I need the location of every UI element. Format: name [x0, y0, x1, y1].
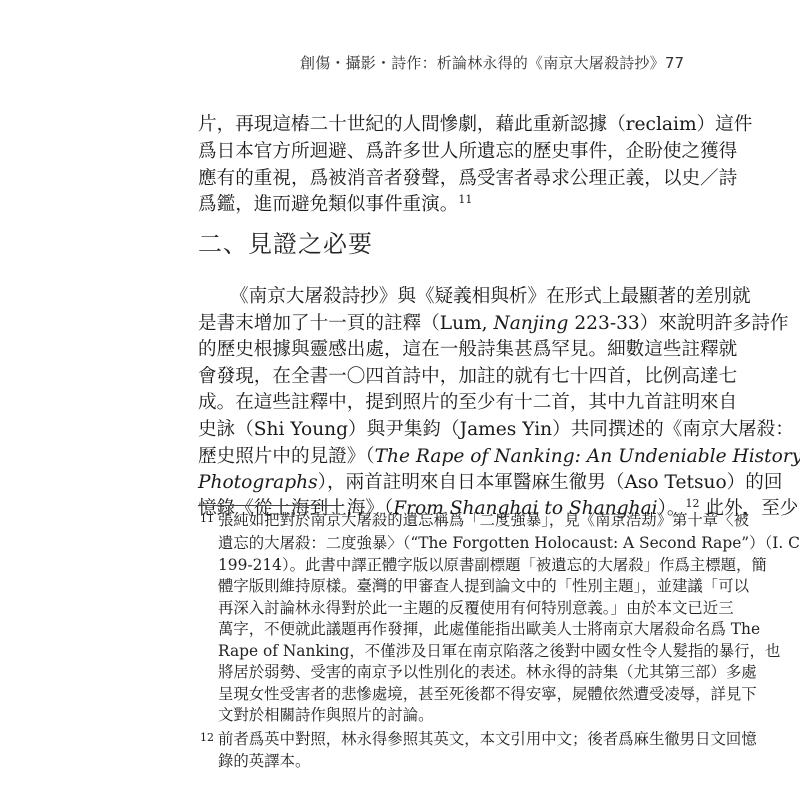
footnote-line: 199-214）。此書中譯正體字版以原書副標題「被遺忘的大屠殺」作爲主標題，簡	[218, 555, 617, 576]
body-line: 《南京大屠殺詩抄》與《疑義相與析》在形式上最顯著的差別就	[230, 284, 618, 310]
footnote-line: 再深入討論林永得對於此一主題的反覆使用有何特別意義。」由於本文已近三	[218, 598, 617, 619]
body-line: 爲鑑，進而避免類似事件重演。11	[198, 192, 618, 218]
running-head: 創傷・攝影・詩作：析論林永得的《南京大屠殺詩抄》77	[300, 52, 640, 73]
body-line: 爲日本官方所迴避、爲許多世人所遺忘的歷史事件，企盼使之獲得	[198, 139, 618, 165]
footnote-line: 將居於弱勢、受害的南京予以性別化的表述。林永得的詩集（尤其第三部）多處	[218, 662, 617, 683]
footnote-line: 遺忘的大屠殺：二度強暴〉（“The Forgotten Holocaust: A…	[218, 533, 617, 554]
footnote-line: 張純如把對於南京大屠殺的遺忘稱爲「二度強暴」，見《南京浩劫》第十章〈被	[218, 510, 617, 531]
body-line: 史詠（Shi Young）與尹集鈞（James Yin）共同撰述的《南京大屠殺：	[198, 417, 618, 443]
body-line: 片，再現這樁二十世紀的人間慘劇，藉此重新認據（reclaim）這件	[198, 112, 618, 138]
body-line: 歷史照片中的見證》（The Rape of Nanking: An Undeni…	[198, 444, 618, 470]
page-number: 77	[665, 54, 685, 72]
body-line: 成。在這些註釋中，提到照片的至少有十二首，其中九首註明來自	[198, 390, 618, 416]
body-line: Photographs），兩首註明來自日本軍醫麻生徹男（Aso Tetsuo）的…	[198, 470, 618, 496]
footnote-line: 錄的英譯本。	[218, 751, 617, 772]
body-line: 會發現，在全書一〇四首詩中，加註的就有七十四首，比例高達七	[198, 364, 618, 390]
footnote-divider	[198, 505, 343, 506]
footnote-ref-11[interactable]: 11	[458, 193, 472, 206]
footnote-line: 體字版則維持原樣。臺灣的甲審查人提到論文中的「性別主題」，並建議「可以	[218, 576, 617, 597]
footnote-number: 12	[200, 731, 214, 745]
body-line: 的歷史根據與靈感出處，這在一般詩集甚爲罕見。細數這些註釋就	[198, 337, 618, 363]
body-line: 是書末增加了十一頁的註釋（Lum, Nanjing 223-33）來說明許多詩作	[198, 311, 618, 337]
footnote-line: Rape of Nanking，不僅涉及日軍在南京陷落之後對中國女性令人髮指的暴…	[218, 641, 617, 662]
running-head-title: 創傷・攝影・詩作：析論林永得的《南京大屠殺詩抄》	[300, 54, 665, 72]
footnote-number: 11	[200, 512, 214, 526]
footnote-line: 呈現女性受害者的悲慘處境，甚至死後都不得安寧，屍體依然遭受凌辱，詳見下	[218, 684, 617, 705]
book-page: 創傷・攝影・詩作：析論林永得的《南京大屠殺詩抄》77 片，再現這樁二十世紀的人間…	[0, 0, 800, 800]
section-heading: 二、見證之必要	[198, 229, 373, 259]
footnote-line: 文對於相關詩作與照片的討論。	[218, 705, 617, 726]
body-line: 應有的重視，爲被消音者發聲，爲受害者尋求公理正義，以史／詩	[198, 166, 618, 192]
footnote-ref-12[interactable]: 12	[686, 497, 700, 510]
footnote-line: 前者爲英中對照，林永得參照其英文，本文引用中文；後者爲麻生徹男日文回憶	[218, 729, 598, 750]
footnote-line: 萬字，不便就此議題再作發揮，此處僅能指出歐美人士將南京大屠殺命名爲 The	[218, 619, 617, 640]
